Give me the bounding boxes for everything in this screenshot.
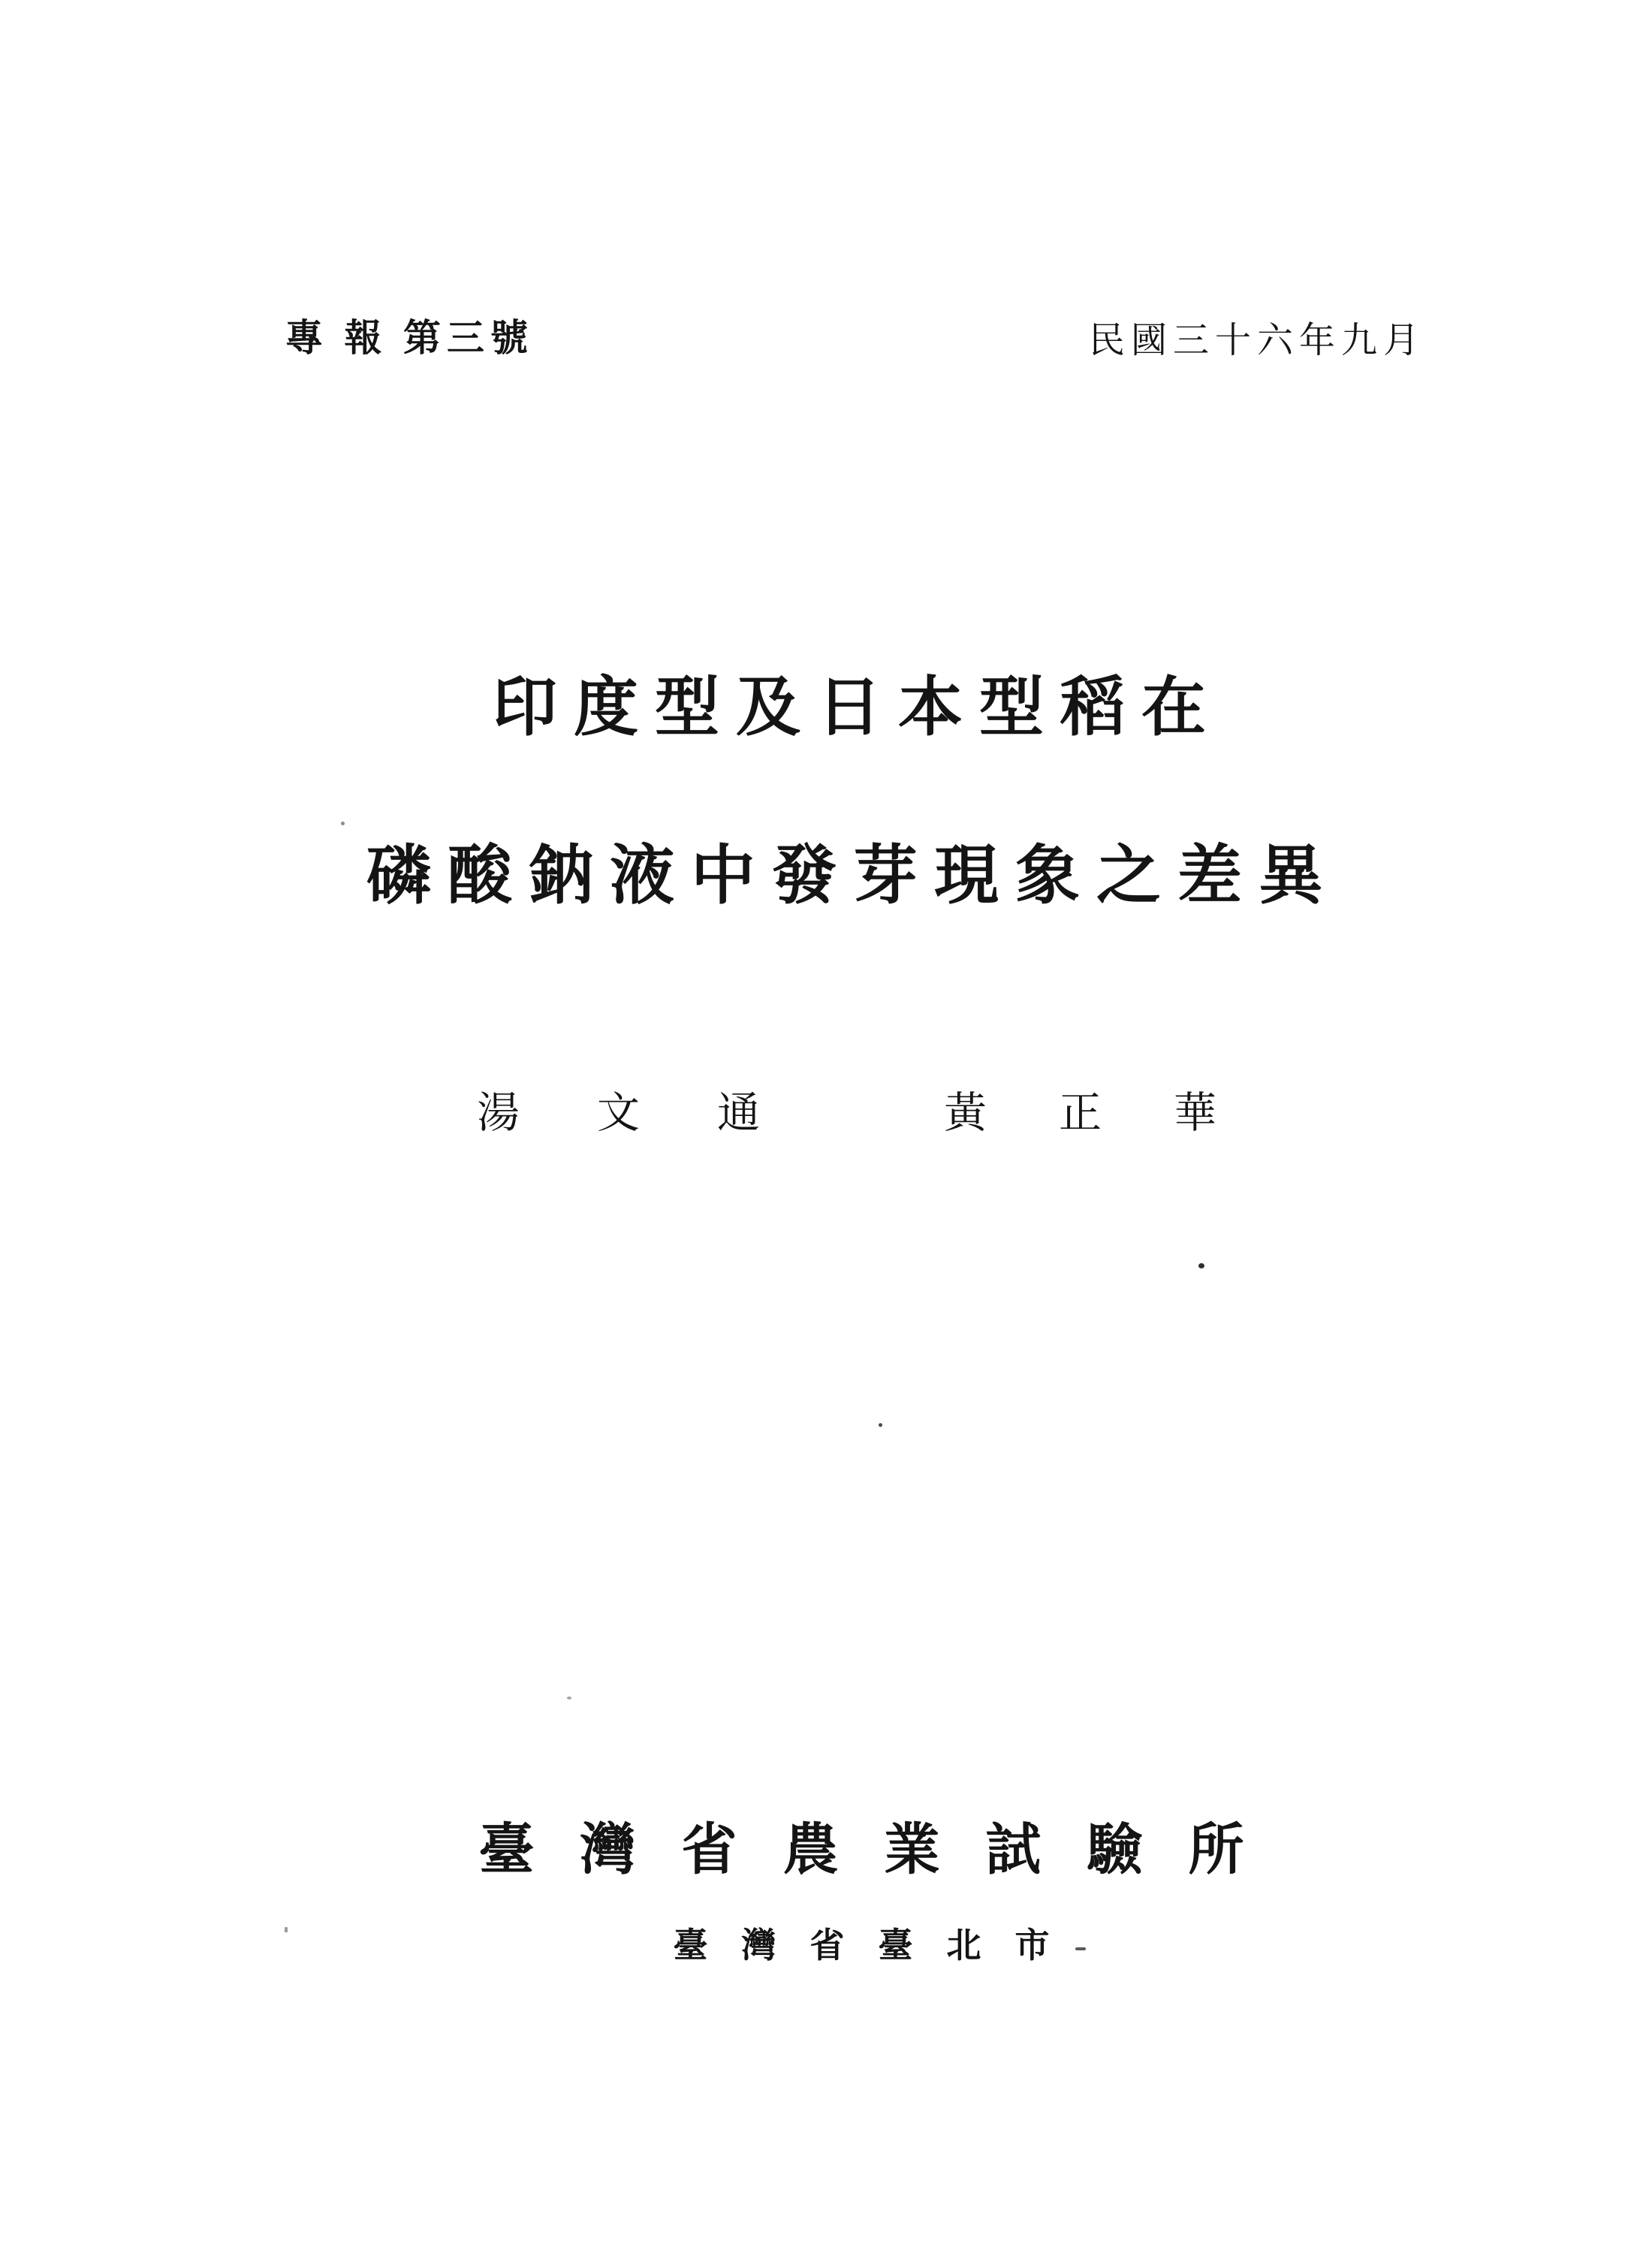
report-title-line-2: 磷酸鈉液中發芽現象之差異 xyxy=(350,823,1340,916)
scan-speck xyxy=(341,822,345,825)
scanned-title-page: 專 報 第三號 民國三十六年九月 印度型及日本型稻在 磷酸鈉液中發芽現象之差異 … xyxy=(0,0,1652,2253)
scan-speck xyxy=(879,1423,882,1427)
report-title-line-1: 印度型及日本型稻在 xyxy=(476,655,1222,748)
publisher-address: 臺灣省臺北市 xyxy=(640,1918,1084,1968)
scan-speck xyxy=(567,1697,571,1700)
scan-speck xyxy=(1198,1263,1204,1268)
series-number-label: 專 報 第三號 xyxy=(285,308,534,362)
author-name-1: 湯文通 xyxy=(477,1078,837,1140)
publication-date-label: 民國三十六年九月 xyxy=(1089,311,1425,363)
scan-speck xyxy=(1075,1947,1086,1950)
publisher-name: 臺灣省農業試驗所 xyxy=(433,1805,1290,1885)
author-name-2: 黃正華 xyxy=(944,1078,1289,1140)
scan-speck xyxy=(285,1927,288,1932)
